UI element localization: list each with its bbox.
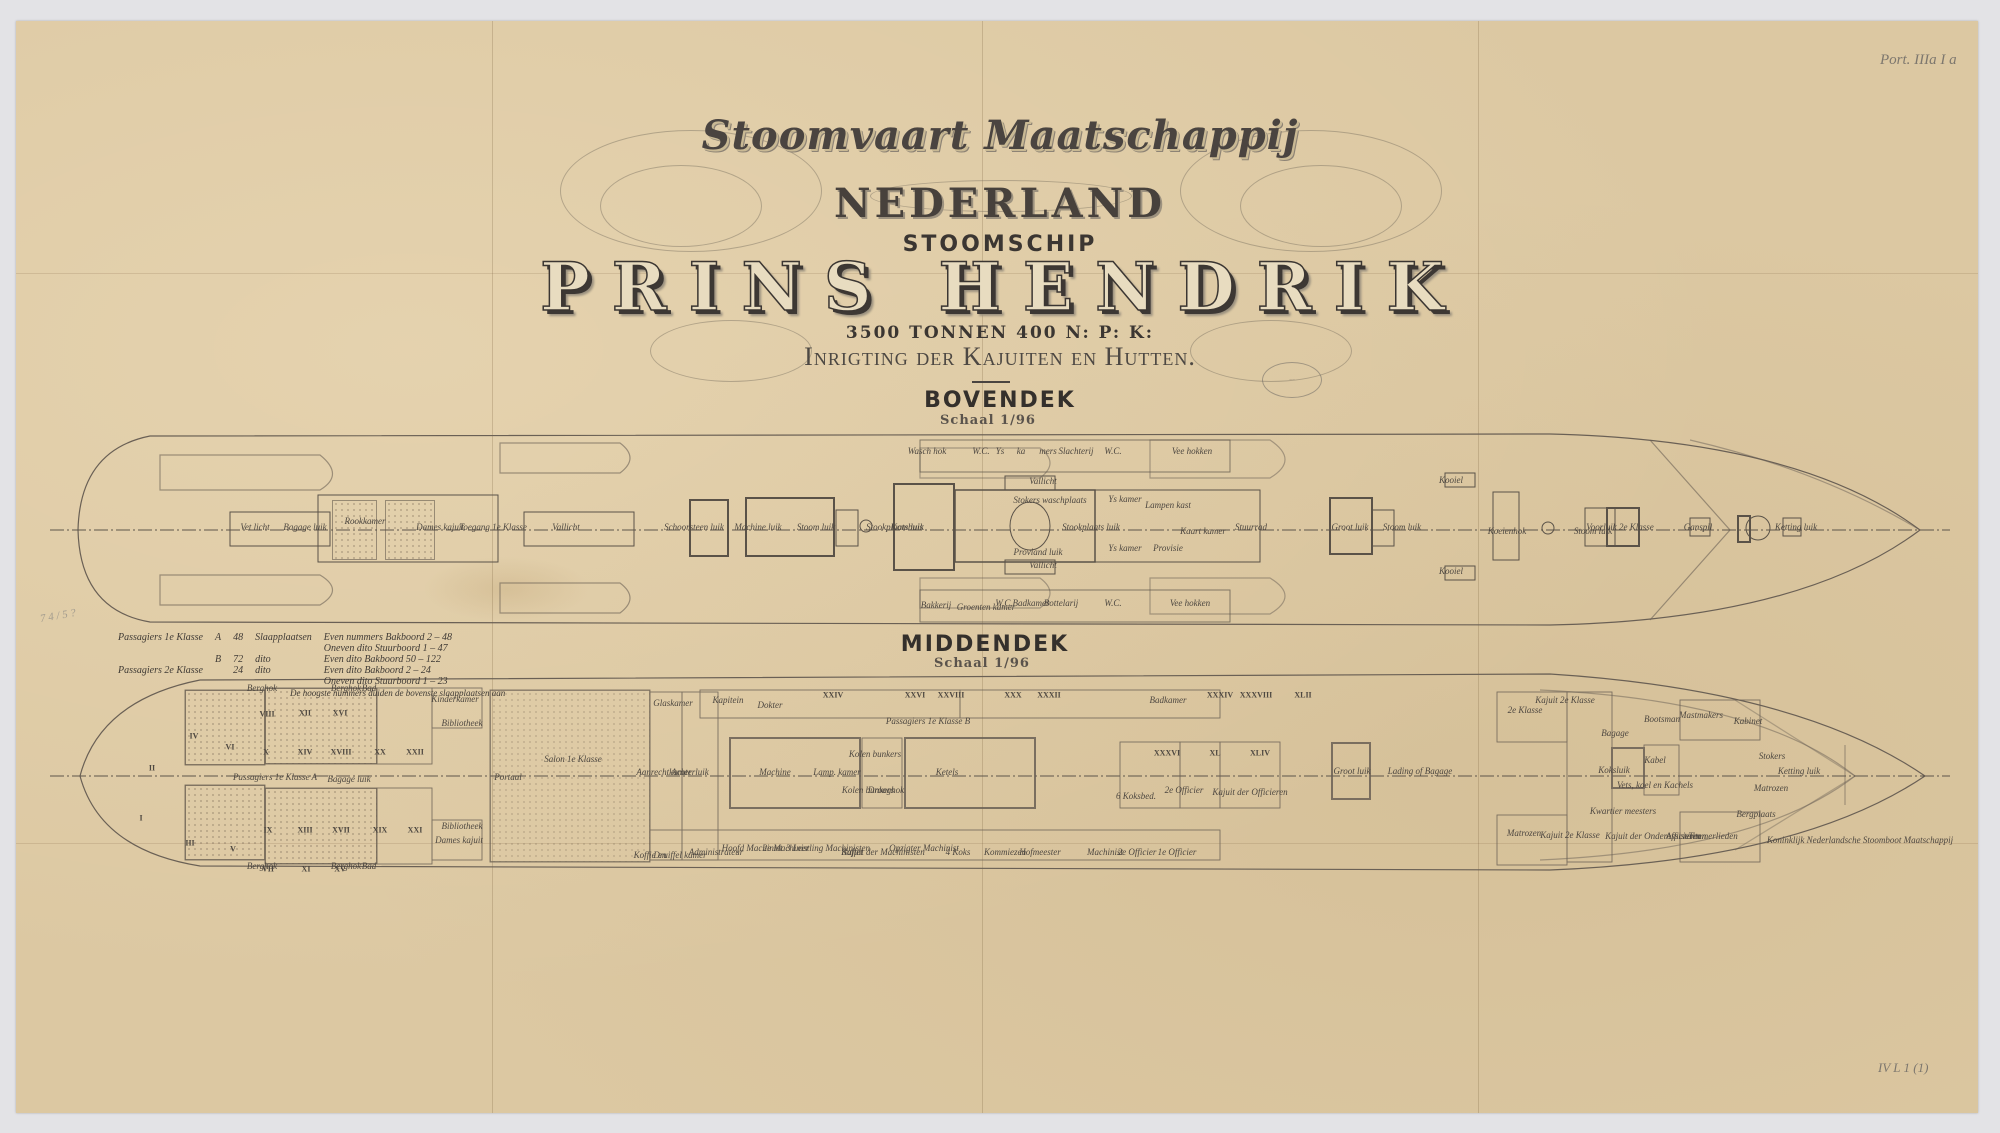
legend-row: Passagiers 2e Klasse 24 dito Even dito B…	[112, 665, 458, 676]
cabin-number: XXXII	[1037, 691, 1061, 700]
room-label: Stokers	[1759, 751, 1786, 761]
room-label: W.C.	[995, 598, 1012, 608]
hull-drawings	[0, 0, 2000, 1133]
room-label: Toegang 1e Klasse	[459, 522, 527, 532]
room-label: Koninklijk Nederlandsche Stoomboot Maats…	[1767, 835, 1953, 845]
room-label: Badkamer	[1150, 695, 1187, 705]
berth-legend: Passagiers 1e Klasse A 48 Slaapplaatsen …	[112, 632, 458, 687]
cabin-number: XL	[1209, 749, 1220, 758]
room-label: Berghok	[331, 683, 361, 693]
cabin-number: XLIV	[1250, 749, 1270, 758]
room-label: Bad	[362, 861, 377, 871]
room-label: Voorluik 2e Klasse	[1586, 522, 1654, 532]
cabin-number: VI	[226, 743, 235, 752]
cabin-number: XXVIII	[938, 691, 965, 700]
cabin-number: XII	[299, 709, 311, 718]
room-label: Groot luik	[1334, 766, 1371, 776]
room-label: Bad	[362, 683, 377, 693]
room-label: Ketting luik	[1778, 766, 1820, 776]
room-label: Rookkamer	[345, 516, 386, 526]
cabin-number: XVII	[332, 826, 350, 835]
room-label: Bibliotheek	[442, 718, 483, 728]
rookkamer-floor	[332, 500, 377, 560]
room-label: Provisie	[1153, 543, 1183, 553]
room-label: Stokers waschplaats	[1013, 495, 1086, 505]
cabin-number: XXII	[406, 748, 424, 757]
room-label: Dames kajuit	[435, 835, 483, 845]
cabin-number: XV	[334, 865, 346, 874]
cabin-number: XXI	[408, 826, 423, 835]
room-label: Stookplaats luik	[866, 522, 924, 532]
cabin-number: III	[185, 839, 194, 848]
cabin-number: VIII	[259, 710, 274, 719]
room-label: Machine luik	[734, 522, 781, 532]
cabin-number: XXXIV	[1207, 691, 1233, 700]
room-label: Kabel	[1644, 755, 1666, 765]
room-label: Groot luik	[1332, 522, 1369, 532]
room-label: Bibliotheek	[442, 821, 483, 831]
room-label: Kooiel	[1439, 475, 1463, 485]
room-label: W.C.	[1104, 446, 1121, 456]
cabin-number: XIX	[373, 826, 388, 835]
room-label: Salon 1e Klasse	[544, 754, 602, 764]
room-label: 1e Officier	[1158, 847, 1197, 857]
cabin-number: II	[149, 764, 155, 773]
room-label: Stoom luik	[797, 522, 835, 532]
room-label: 2e Klasse	[1508, 705, 1543, 715]
room-label: Matrozen	[1507, 828, 1541, 838]
room-label: Bootsman	[1644, 714, 1680, 724]
room-label: Kabinet	[1734, 716, 1763, 726]
room-label: Ys	[996, 446, 1005, 456]
cabin-number: XIII	[297, 826, 312, 835]
room-label: 6 Koksbed.	[1116, 791, 1156, 801]
room-label: Kajuit 2e Klasse	[1540, 830, 1600, 840]
room-label: Ys kamer	[1108, 543, 1141, 553]
room-label: Machine	[759, 767, 791, 777]
room-label: Koksluik	[1598, 765, 1630, 775]
room-label: Ganspil	[1684, 522, 1713, 532]
room-label: Timmerlieden	[1688, 831, 1738, 841]
room-label: Vee hokken	[1172, 446, 1212, 456]
cabin-block	[265, 688, 377, 764]
room-label: Passagiers 1e Klasse A	[233, 772, 317, 782]
room-label: Matrozen	[1754, 783, 1788, 793]
room-label: Achterluik	[671, 767, 709, 777]
room-label: Bottelarij	[1044, 598, 1079, 608]
room-label: Vallicht	[1029, 560, 1057, 570]
cabin-number: X	[263, 748, 269, 757]
cabin-number: I	[139, 814, 142, 823]
cabin-number: XXXVIII	[1240, 691, 1272, 700]
room-label: Lamp. kamer	[813, 767, 861, 777]
room-label: Kinderkamer	[431, 694, 479, 704]
room-label: Stuurrad	[1235, 522, 1267, 532]
room-label: Proviand luik	[1014, 547, 1063, 557]
room-label: Vallicht	[1029, 476, 1057, 486]
room-label: Dames kajuit	[416, 522, 464, 532]
room-label: 2e Officier	[1165, 785, 1204, 795]
cabin-number: XXIV	[823, 691, 843, 700]
room-label: Koeienhok	[1488, 526, 1527, 536]
cabin-number: XI	[302, 865, 311, 874]
legend-row: Oneven dito Stuurboord 1 – 47	[112, 643, 458, 654]
room-label: Bergplaats	[1736, 809, 1775, 819]
room-label: Drooghok	[868, 785, 904, 795]
room-label: Glaskamer	[653, 698, 693, 708]
room-label: Kwartier meesters	[1590, 806, 1656, 816]
cabin-number: XVI	[333, 709, 348, 718]
cabin-number: V	[230, 845, 236, 854]
room-label: mers	[1039, 446, 1057, 456]
room-label: Vet licht	[240, 522, 269, 532]
room-label: Mastmakers	[1679, 710, 1723, 720]
room-label: Stoom luik	[1383, 522, 1421, 532]
room-label: Schoorsteen luik	[664, 522, 724, 532]
room-label: Kajuit 2e Klasse	[1535, 695, 1595, 705]
cabin-number: XLII	[1294, 691, 1311, 700]
cabin-block	[185, 690, 265, 765]
room-label: ka	[1017, 446, 1026, 456]
cabin-number: XXVI	[905, 691, 925, 700]
room-label: Berghok	[247, 683, 277, 693]
cabin-number: XIV	[298, 748, 313, 757]
cabin-number: VII	[262, 865, 274, 874]
room-label: W.C.	[1104, 598, 1121, 608]
cabin-number: IV	[190, 732, 199, 741]
cabin-number: XVIII	[331, 748, 352, 757]
room-label: Ketels	[936, 767, 959, 777]
cabin-number: XXXVI	[1154, 749, 1180, 758]
middendek-title: MIDDENDEK	[901, 632, 1069, 657]
middendek-scale: Schaal 1/96	[934, 656, 1030, 671]
room-label: Kolen bunkers	[849, 749, 901, 759]
room-label: Kapitein	[713, 695, 744, 705]
room-label: 4 Koks	[946, 847, 971, 857]
room-label: Ys kamer	[1108, 494, 1141, 504]
room-label: Vets, koel en Kachels	[1617, 780, 1693, 790]
cabin-number: XX	[374, 748, 386, 757]
room-label: Vee hokken	[1170, 598, 1210, 608]
room-label: Kooiel	[1439, 566, 1463, 576]
room-label: Ketting luik	[1775, 522, 1817, 532]
room-label: Stookplaats luik	[1062, 522, 1120, 532]
room-label: Kajuit der Officieren	[1212, 787, 1287, 797]
room-label: Dokter	[758, 700, 783, 710]
cabin-number: XXX	[1004, 691, 1021, 700]
room-label: Wasch hok	[908, 446, 946, 456]
room-label: Lampen kast	[1145, 500, 1191, 510]
room-label: Hofmeester	[1019, 847, 1061, 857]
room-label: Vallicht	[552, 522, 580, 532]
legend-row: Passagiers 1e Klasse A 48 Slaapplaatsen …	[112, 632, 458, 643]
room-label: Bagage	[1601, 728, 1629, 738]
cabin-block	[265, 788, 377, 864]
cabin-block	[185, 785, 265, 860]
room-label: Portaal	[494, 772, 522, 782]
room-label: W.C.	[972, 446, 989, 456]
room-label: Bagage luik	[327, 774, 370, 784]
room-label: 2e Officier	[1118, 847, 1157, 857]
legend-row: B 72 dito Even dito Bakboord 50 – 122	[112, 654, 458, 665]
room-label: Bagage luik	[283, 522, 326, 532]
room-label: Slachterij	[1059, 446, 1094, 456]
room-label: Bakkerij	[921, 600, 952, 610]
cabin-number: IX	[264, 826, 273, 835]
room-label: Passagiers 1e Klasse B	[886, 716, 970, 726]
legend-row: Oneven dito Stuurboord 1 – 23	[112, 676, 458, 687]
room-label: Lading of Bagage	[1388, 766, 1453, 776]
room-label: Kaart kamer	[1180, 526, 1226, 536]
